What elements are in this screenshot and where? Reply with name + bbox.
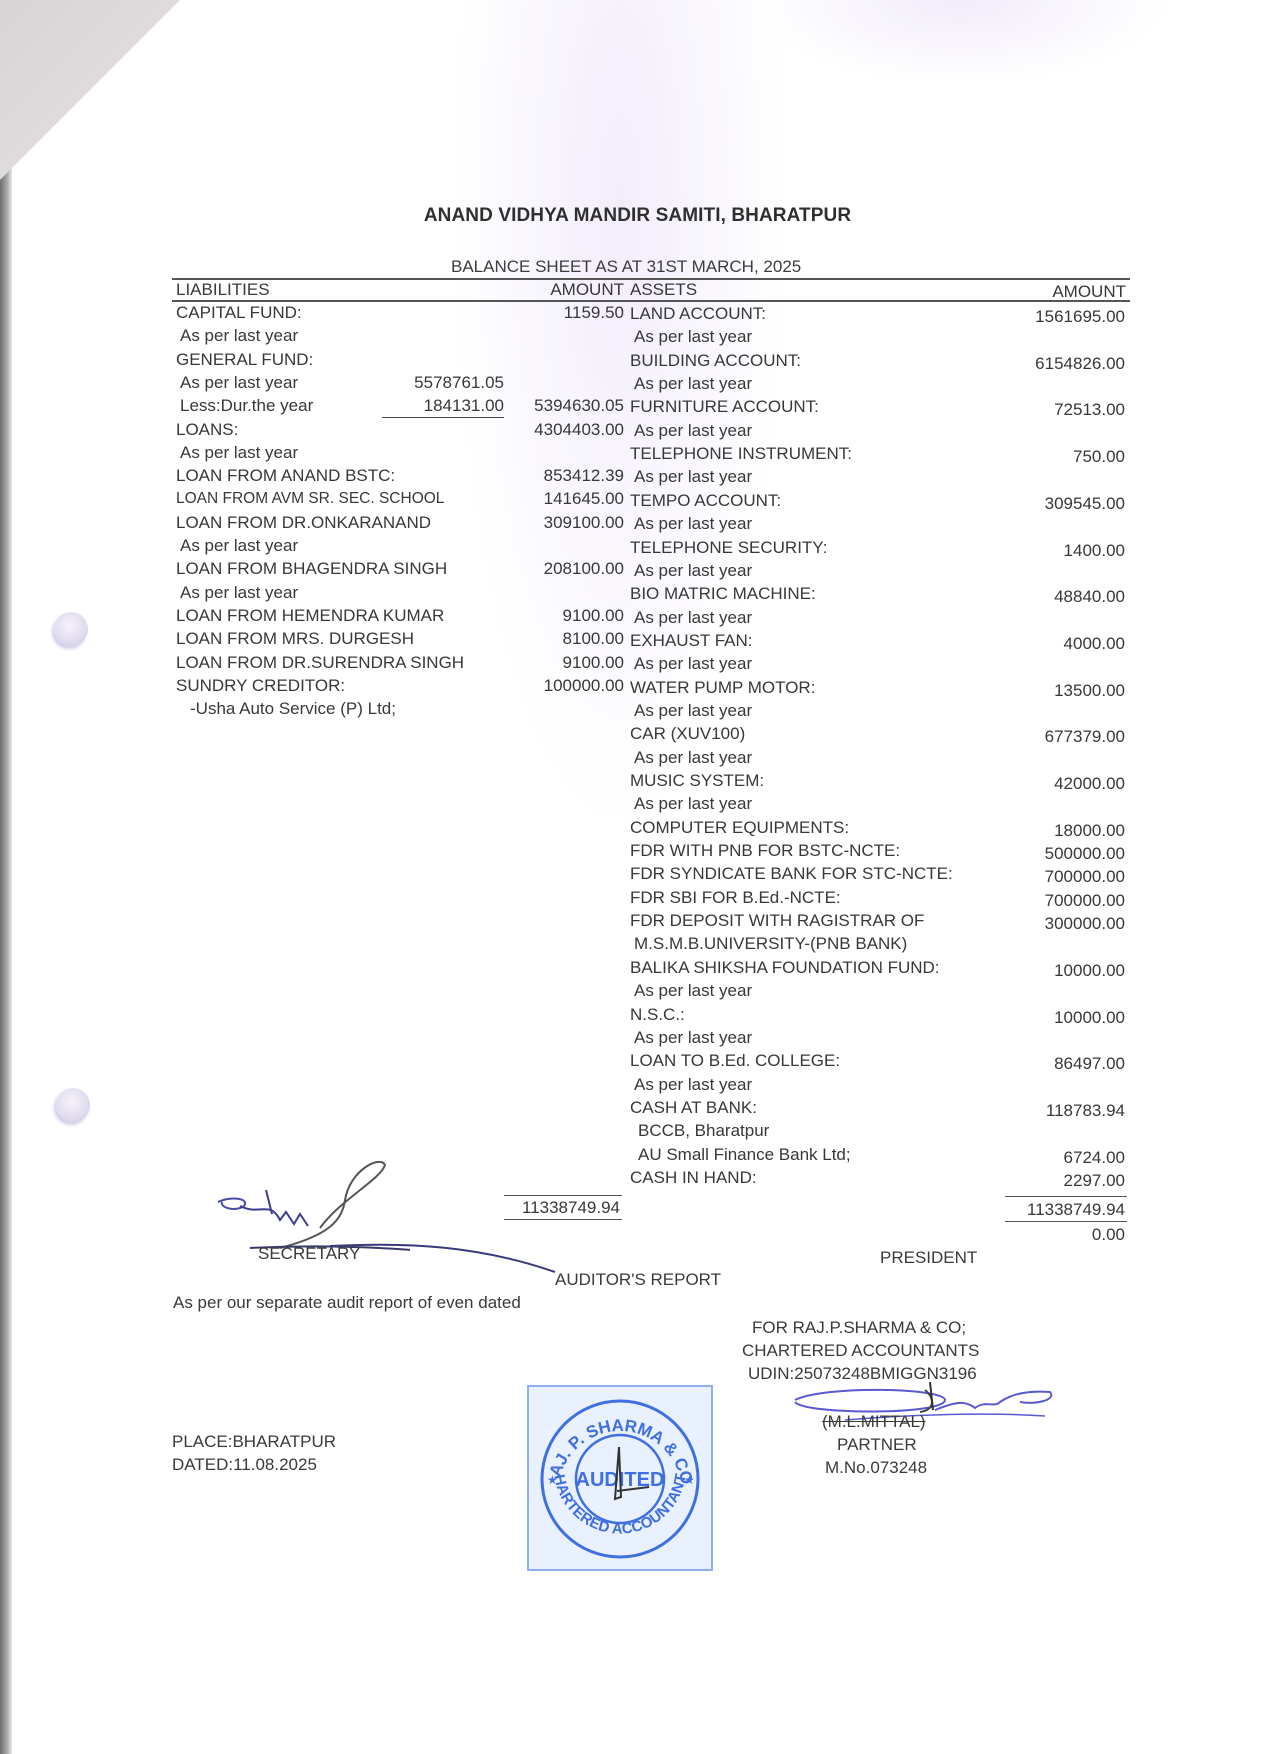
liability-label: LOANS:: [176, 418, 238, 441]
asset-amount: 300000.00: [960, 912, 1125, 935]
liability-amount: 208100.00: [470, 557, 624, 580]
liability-label: CAPITAL FUND:: [176, 301, 302, 324]
asset-amount: 6724.00: [960, 1146, 1125, 1169]
asset-label: AU Small Finance Bank Ltd;: [638, 1143, 851, 1166]
dated: DATED:11.08.2025: [172, 1455, 317, 1475]
asset-label: FDR SBI FOR B.Ed.-NCTE:: [630, 886, 841, 909]
asset-amount: 700000.00: [960, 865, 1125, 888]
assets-total-top-rule: [1005, 1196, 1127, 1197]
audit-stamp: RAJ. P. SHARMA & CO. CHARTERED ACCOUNTAN…: [527, 1385, 713, 1571]
asset-amount: 4000.00: [960, 632, 1125, 655]
asset-amount: 18000.00: [960, 819, 1125, 842]
column-amount-left: AMOUNT: [470, 278, 624, 301]
liability-label: LOAN FROM DR.ONKARANAND: [176, 511, 431, 534]
liability-amount: 9100.00: [470, 651, 624, 674]
liability-label: As per last year: [180, 441, 298, 464]
liability-amount: 4304403.00: [470, 418, 624, 441]
liability-label: LOAN FROM DR.SURENDRA SINGH: [176, 651, 464, 674]
asset-label: N.S.C.:: [630, 1003, 685, 1026]
liability-amount: 141645.00: [470, 487, 624, 510]
asset-label: FURNITURE ACCOUNT:: [630, 395, 819, 418]
asset-label: As per last year: [634, 1073, 752, 1096]
svg-text:★: ★: [684, 1473, 695, 1487]
asset-label: As per last year: [634, 465, 752, 488]
asset-label: As per last year: [634, 1026, 752, 1049]
secretary-signature-tail: [330, 1240, 560, 1280]
asset-label: TEMPO ACCOUNT:: [630, 489, 781, 512]
asset-label: As per last year: [634, 606, 752, 629]
asset-label: As per last year: [634, 652, 752, 675]
column-liabilities: LIABILITIES: [176, 278, 270, 301]
asset-amount: 10000.00: [960, 1006, 1125, 1029]
liabilities-total: 11338749.94: [470, 1196, 620, 1219]
asset-amount: 48840.00: [960, 585, 1125, 608]
place: PLACE:BHARATPUR: [172, 1432, 336, 1452]
president-label: PRESIDENT: [880, 1248, 977, 1268]
partner-name: (M.L.MITTAL): [822, 1412, 926, 1432]
asset-label: LAND ACCOUNT:: [630, 302, 766, 325]
asset-label: FDR DEPOSIT WITH RAGISTRAR OF: [630, 909, 924, 932]
asset-amount: 13500.00: [960, 679, 1125, 702]
svg-text:★: ★: [547, 1473, 558, 1487]
liability-amount: 8100.00: [470, 627, 624, 650]
difference-amount: 0.00: [960, 1223, 1125, 1246]
liability-label: LOAN FROM BHAGENDRA SINGH: [176, 557, 447, 580]
asset-amount: 750.00: [960, 445, 1125, 468]
liability-amount: 9100.00: [470, 604, 624, 627]
liability-amount: 5394630.05: [470, 394, 624, 417]
asset-label: BUILDING ACCOUNT:: [630, 349, 801, 372]
asset-amount: 309545.00: [960, 492, 1125, 515]
column-amount-right: AMOUNT: [980, 280, 1126, 303]
asset-amount: 10000.00: [960, 959, 1125, 982]
punch-hole: [56, 1088, 90, 1122]
asset-label: As per last year: [634, 372, 752, 395]
asset-label: CAR (XUV100): [630, 722, 745, 745]
asset-amount: 2297.00: [960, 1169, 1125, 1192]
liability-label: LOAN FROM AVM SR. SEC. SCHOOL: [176, 487, 444, 510]
column-assets: ASSETS: [630, 278, 697, 301]
auditor-firm: FOR RAJ.P.SHARMA & CO;: [752, 1318, 966, 1338]
asset-label: M.S.M.B.UNIVERSITY-(PNB BANK): [634, 932, 907, 955]
liability-label: LOAN FROM ANAND BSTC:: [176, 464, 395, 487]
assets-total: 11338749.94: [960, 1198, 1125, 1221]
audit-statement: As per our separate audit report of even…: [173, 1293, 521, 1313]
liabilities-total-bottom-rule: [504, 1219, 622, 1220]
asset-label: As per last year: [634, 792, 752, 815]
asset-label: MUSIC SYSTEM:: [630, 769, 764, 792]
asset-label: WATER PUMP MOTOR:: [630, 676, 815, 699]
liability-label: As per last year: [180, 324, 298, 347]
liability-amount: 1159.50: [470, 301, 624, 324]
asset-amount: 1400.00: [960, 539, 1125, 562]
liability-label: As per last year: [180, 534, 298, 557]
auditor-report-heading: AUDITOR'S REPORT: [555, 1270, 721, 1290]
auditor-firm-type: CHARTERED ACCOUNTANTS: [742, 1341, 979, 1361]
liability-amount: 853412.39: [470, 464, 624, 487]
asset-label: As per last year: [634, 512, 752, 535]
asset-label: BIO MATRIC MACHINE:: [630, 582, 816, 605]
punch-hole: [54, 612, 88, 646]
asset-amount: 72513.00: [960, 398, 1125, 421]
statement-title: BALANCE SHEET AS AT 31ST MARCH, 2025: [451, 257, 801, 277]
asset-label: FDR SYNDICATE BANK FOR STC-NCTE:: [630, 862, 953, 885]
asset-label: As per last year: [634, 699, 752, 722]
partner-title: PARTNER: [837, 1435, 917, 1455]
asset-label: BCCB, Bharatpur: [638, 1119, 769, 1142]
asset-amount: 86497.00: [960, 1052, 1125, 1075]
organization-title: ANAND VIDHYA MANDIR SAMITI, BHARATPUR: [0, 205, 1275, 227]
asset-label: As per last year: [634, 559, 752, 582]
asset-label: TELEPHONE INSTRUMENT:: [630, 442, 852, 465]
asset-label: BALIKA SHIKSHA FOUNDATION FUND:: [630, 956, 940, 979]
asset-amount: 6154826.00: [960, 352, 1125, 375]
asset-amount: 500000.00: [960, 842, 1125, 865]
asset-amount: 700000.00: [960, 889, 1125, 912]
asset-amount: 118783.94: [960, 1099, 1125, 1122]
assets-total-bottom-rule: [1005, 1221, 1127, 1222]
liability-label: LOAN FROM MRS. DURGESH: [176, 627, 414, 650]
liability-label: SUNDRY CREDITOR:: [176, 674, 345, 697]
liability-amount: 309100.00: [470, 511, 624, 534]
asset-label: As per last year: [634, 979, 752, 1002]
asset-label: FDR WITH PNB FOR BSTC-NCTE:: [630, 839, 900, 862]
asset-label: As per last year: [634, 325, 752, 348]
liability-label: -Usha Auto Service (P) Ltd;: [190, 697, 396, 720]
asset-label: LOAN TO B.Ed. COLLEGE:: [630, 1049, 840, 1072]
asset-label: As per last year: [634, 746, 752, 769]
liability-label: GENERAL FUND:: [176, 348, 313, 371]
asset-label: CASH IN HAND:: [630, 1166, 757, 1189]
liability-label: As per last year: [180, 371, 298, 394]
liability-label: As per last year: [180, 581, 298, 604]
liability-sub-amount: 5578761.05: [380, 371, 504, 394]
liability-label: Less:Dur.the year: [180, 394, 313, 417]
liability-amount: 100000.00: [470, 674, 624, 697]
asset-label: COMPUTER EQUIPMENTS:: [630, 816, 849, 839]
asset-amount: 1561695.00: [960, 305, 1125, 328]
asset-label: As per last year: [634, 419, 752, 442]
membership-number: M.No.073248: [825, 1458, 927, 1478]
asset-amount: 42000.00: [960, 772, 1125, 795]
audit-stamp-seal-icon: RAJ. P. SHARMA & CO. CHARTERED ACCOUNTAN…: [529, 1387, 711, 1569]
asset-amount: 677379.00: [960, 725, 1125, 748]
asset-label: TELEPHONE SECURITY:: [630, 536, 827, 559]
liability-label: LOAN FROM HEMENDRA KUMAR: [176, 604, 444, 627]
scanner-edge: [0, 0, 12, 1754]
asset-label: CASH AT BANK:: [630, 1096, 757, 1119]
asset-label: EXHAUST FAN:: [630, 629, 753, 652]
